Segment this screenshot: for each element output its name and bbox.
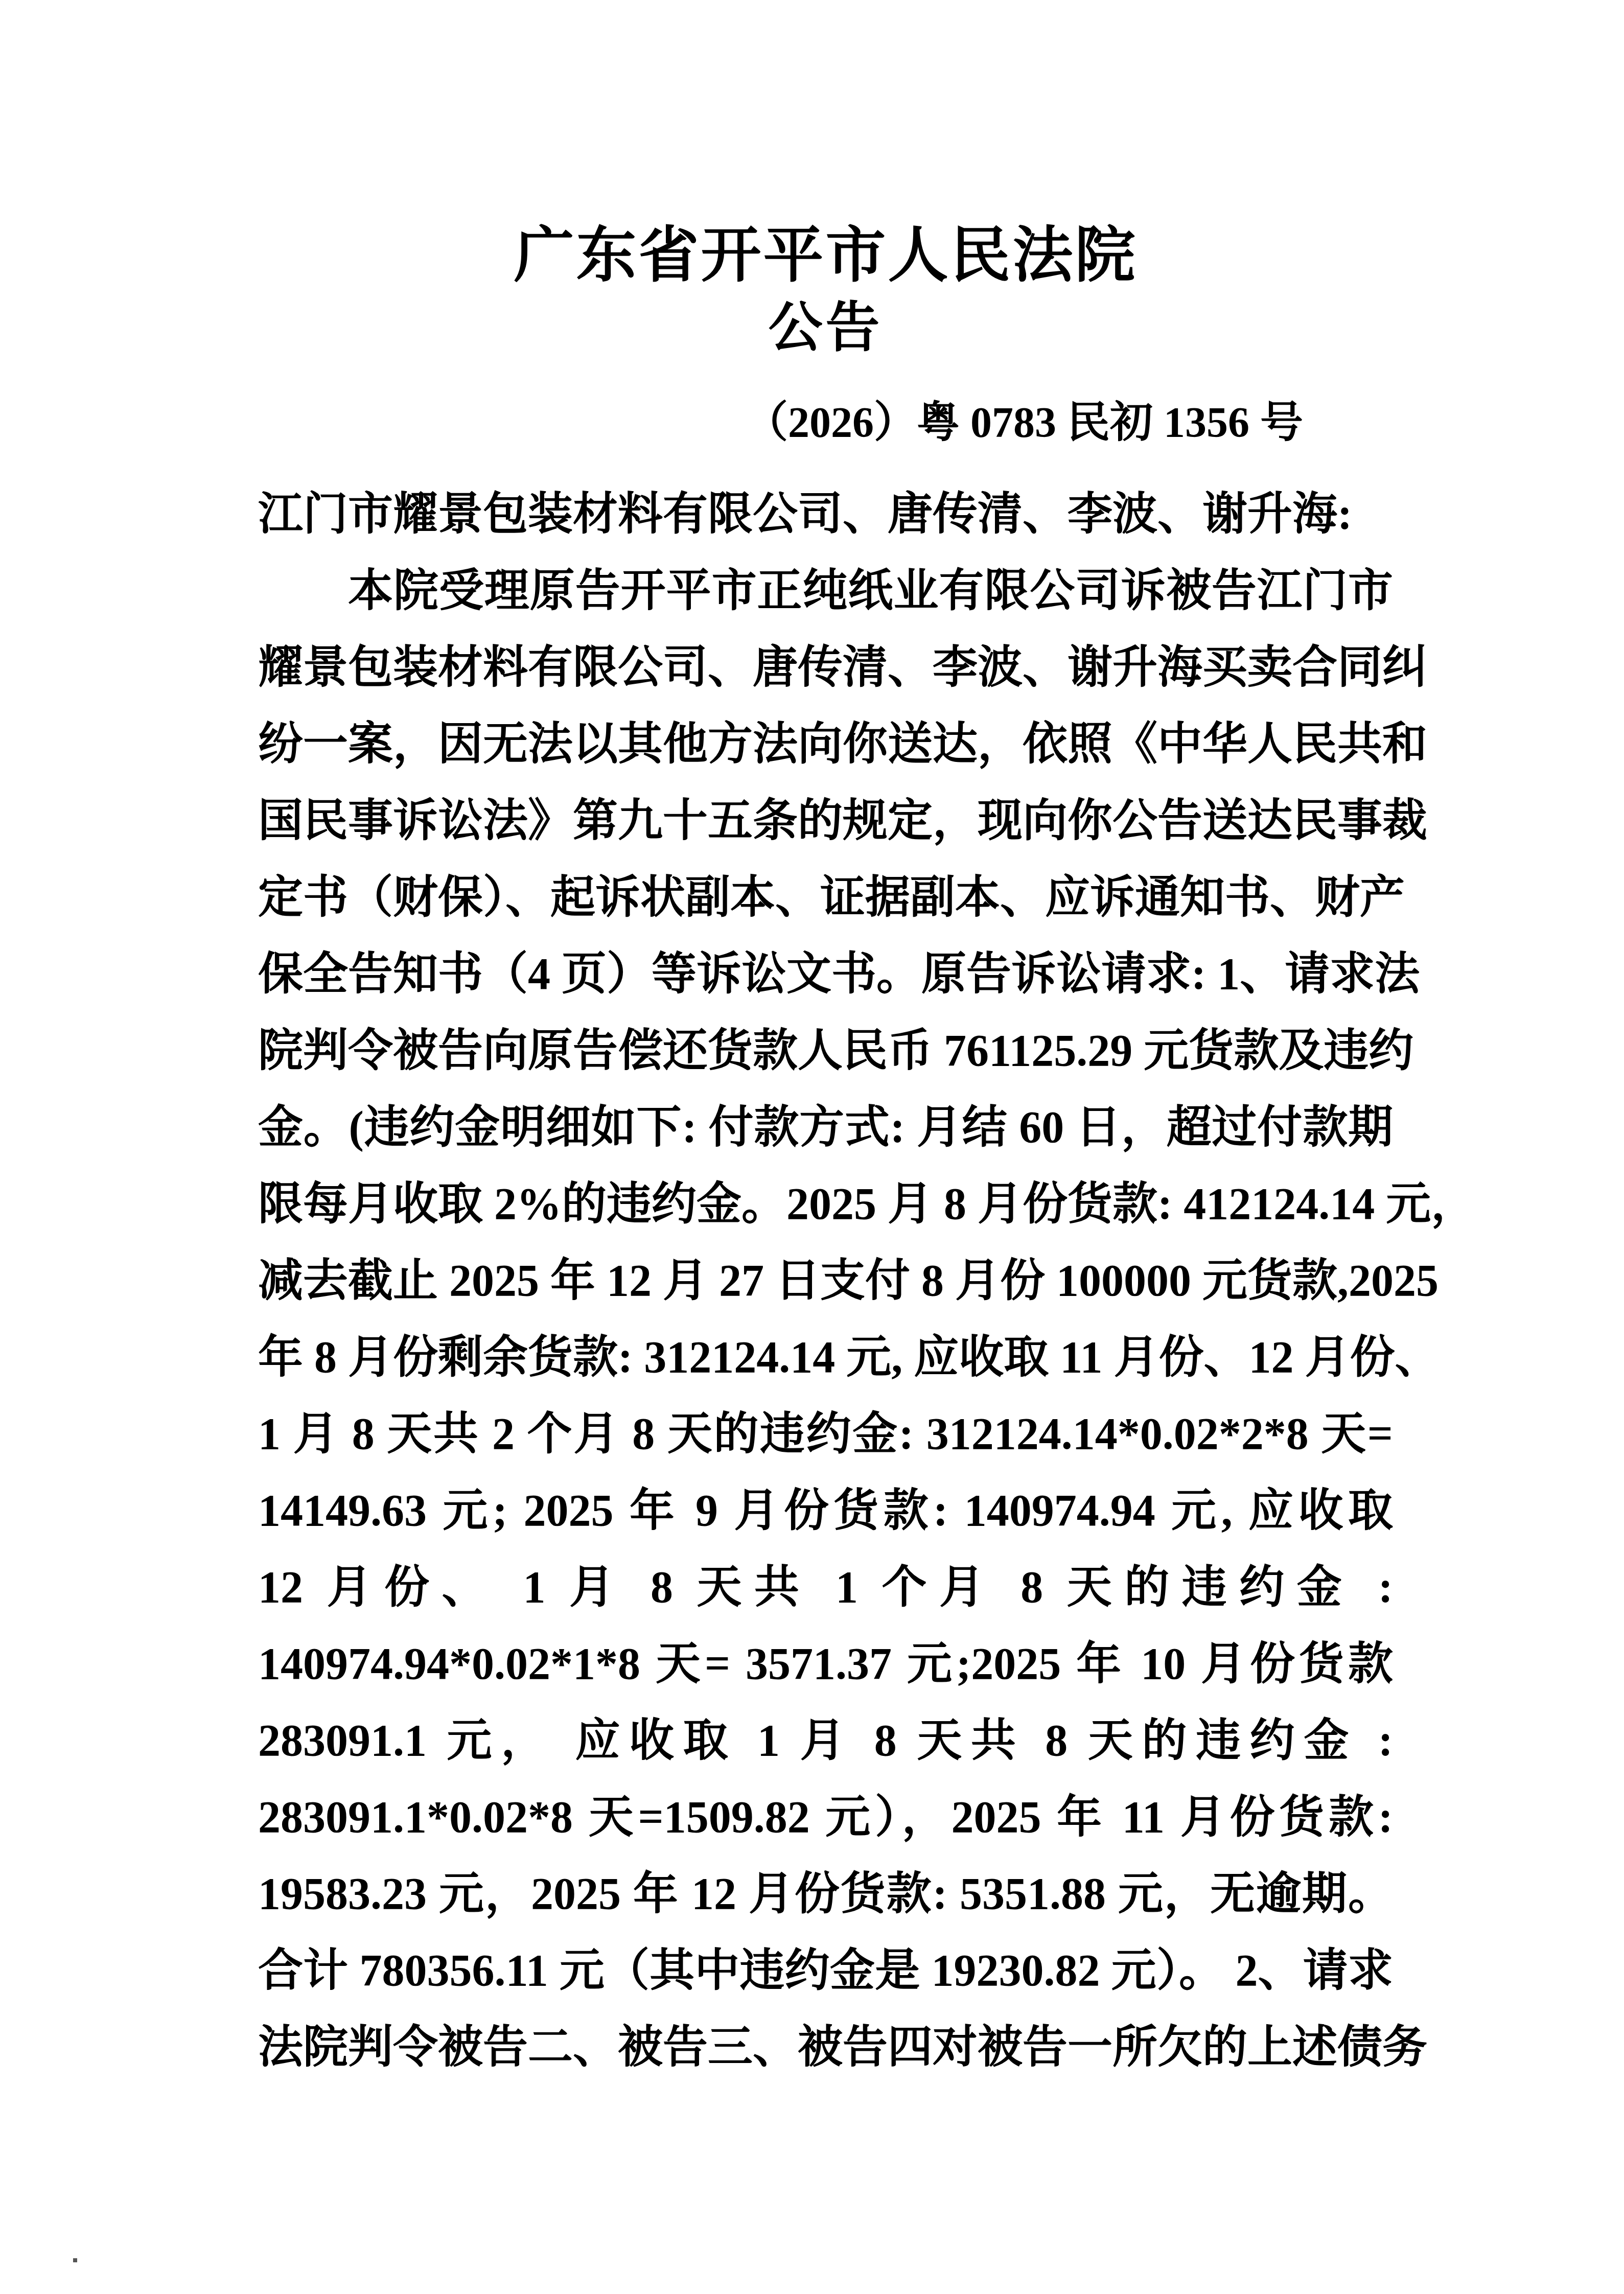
body-line: 耀景包装材料有限公司、唐传清、李波、谢升海买卖合同纠 (258, 630, 1393, 706)
body-line: 定书（财保）、起诉状副本、证据副本、应诉通知书、财产 (258, 860, 1393, 936)
body-line: 283091.1 元， 应收取 1 月 8 天共 8 天的违约金 : (258, 1703, 1393, 1779)
body-line: 本院受理原告开平市正纯纸业有限公司诉被告江门市 (258, 553, 1393, 630)
body-line: 1 月 8 天共 2 个月 8 天的违约金: 312124.14*0.02*2*… (258, 1396, 1393, 1473)
body-line: 年 8 月份剩余货款: 312124.14 元, 应收取 11 月份、12 月份… (258, 1319, 1393, 1396)
body-line: 纷一案，因无法以其他方法向你送达，依照《中华人民共和 (258, 706, 1393, 783)
body-line: 江门市耀景包装材料有限公司、唐传清、李波、谢升海: (258, 476, 1393, 553)
scanned-court-notice-page: 广东省开平市人民法院 公告 （2026）粤 0783 民初 1356 号 江门市… (0, 0, 1624, 2294)
body-line: 减去截止 2025 年 12 月 27 日支付 8 月份 100000 元货款,… (258, 1243, 1393, 1319)
notice-title: 公告 (258, 298, 1393, 358)
body-line: 140974.94*0.02*1*8 天= 3571.37 元;2025 年 1… (258, 1626, 1393, 1703)
body-line: 保全告知书（4 页）等诉讼文书。原告诉讼请求: 1、请求法 (258, 936, 1393, 1013)
body-line: 金。(违约金明细如下: 付款方式: 月结 60 日，超过付款期 (258, 1090, 1393, 1166)
body-line: 国民事诉讼法》第九十五条的规定，现向你公告送达民事裁 (258, 783, 1393, 860)
body-line: 限每月收取 2%的违约金。2025 月 8 月份货款: 412124.14 元， (258, 1166, 1393, 1243)
case-number: （2026）粤 0783 民初 1356 号 (258, 398, 1303, 449)
court-name-title: 广东省开平市人民法院 (258, 223, 1393, 289)
body-line: 283091.1*0.02*8 天=1509.82 元），2025 年 11 月… (258, 1779, 1393, 1856)
scan-artifact-speck (73, 2258, 77, 2262)
body-line: 合计 780356.11 元（其中违约金是 19230.82 元）。 2、请求 (258, 1933, 1393, 2009)
body-line: 院判令被告向原告偿还货款人民币 761125.29 元货款及违约 (258, 1013, 1393, 1090)
body-line: 19583.23 元，2025 年 12 月份货款: 5351.88 元，无逾期… (258, 1856, 1393, 1933)
body-line: 12 月份、 1 月 8 天共 1 个月 8 天的违约金 : (258, 1549, 1393, 1626)
body-line: 14149.63 元; 2025 年 9 月份货款: 140974.94 元, … (258, 1473, 1393, 1549)
notice-body: 江门市耀景包装材料有限公司、唐传清、李波、谢升海:本院受理原告开平市正纯纸业有限… (258, 476, 1393, 2086)
body-line: 法院判令被告二、被告三、被告四对被告一所欠的上述债务 (258, 2009, 1393, 2086)
